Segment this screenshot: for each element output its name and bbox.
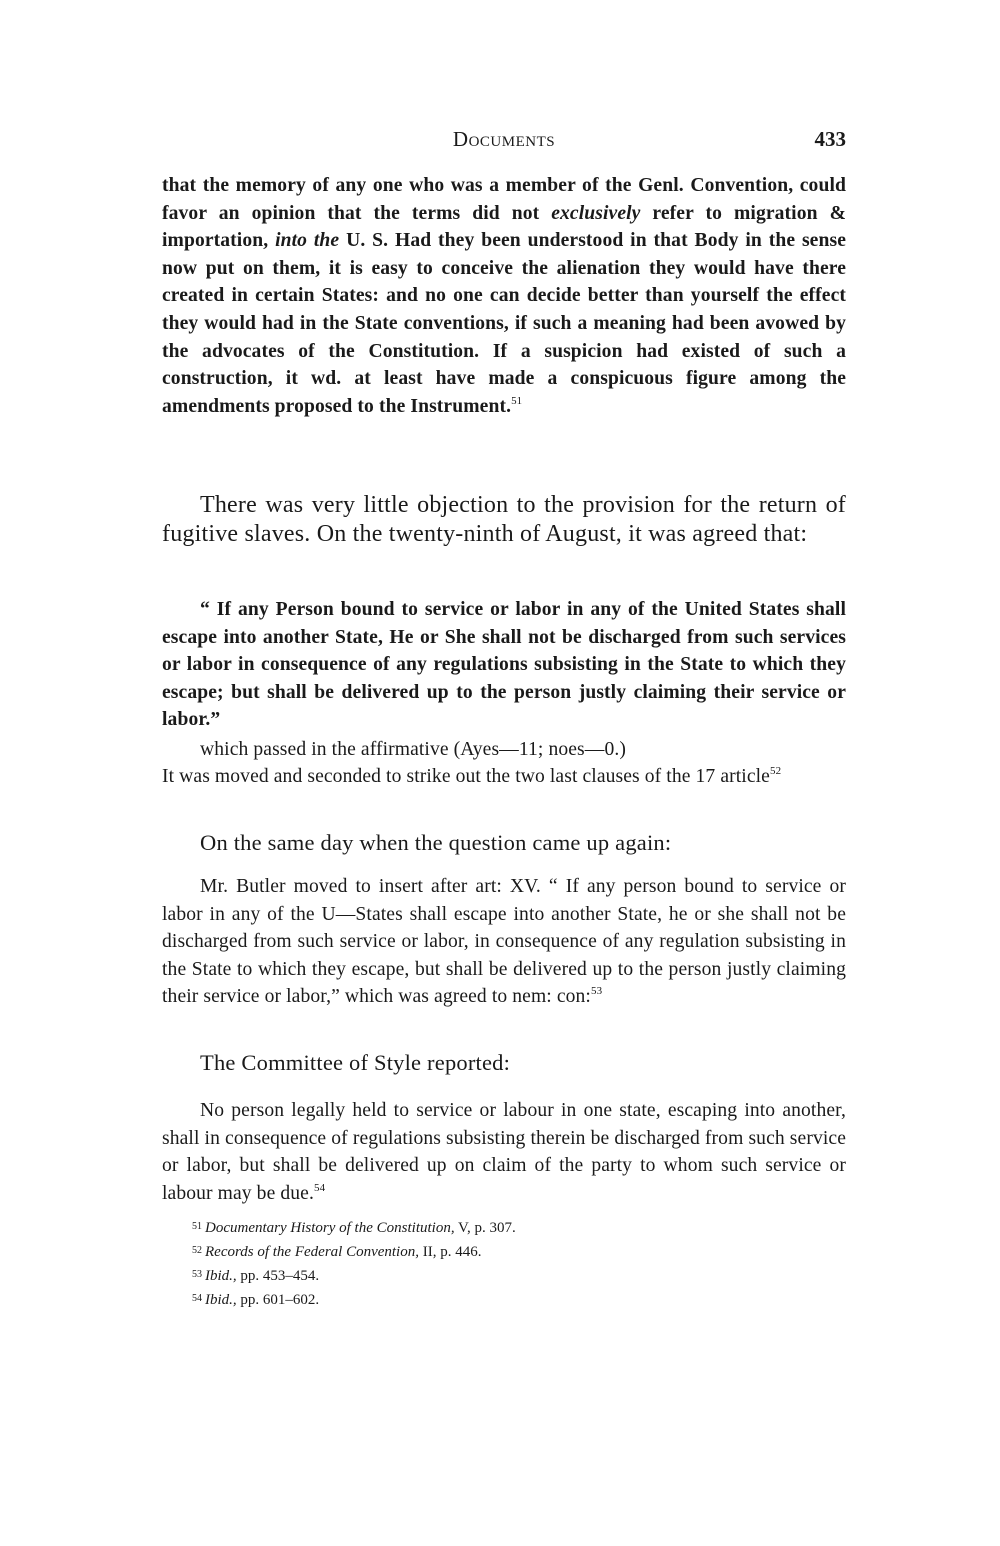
running-title: Documents bbox=[162, 127, 846, 152]
footnote-source-title: Ibid., bbox=[205, 1268, 237, 1284]
footnote-source-title: Documentary History of the Constitution, bbox=[205, 1220, 455, 1236]
footnote-51: 51Documentary History of the Constitutio… bbox=[192, 1216, 792, 1240]
body-paragraph-committee-of-style: The Committee of Style reported: bbox=[162, 1049, 846, 1078]
footnote-number: 54 bbox=[192, 1293, 202, 1304]
quoted-letter-paragraph: that the memory of any one who was a mem… bbox=[162, 172, 846, 420]
motion-text: It was moved and seconded to strike out … bbox=[162, 763, 846, 791]
footnote-source-title: Ibid., bbox=[205, 1292, 237, 1308]
quote-text: No person legally held to service or lab… bbox=[162, 1100, 846, 1204]
footnote-citation: V, p. 307. bbox=[455, 1220, 516, 1236]
vote-result: which passed in the affirmative (Ayes—11… bbox=[162, 736, 846, 764]
footnote-53: 53Ibid., pp. 453–454. bbox=[192, 1264, 792, 1288]
footnote-number: 51 bbox=[192, 1221, 202, 1232]
footnote-ref-52[interactable]: 52 bbox=[770, 765, 781, 777]
footnote-number: 53 bbox=[192, 1269, 202, 1280]
footnote-52: 52Records of the Federal Convention, II,… bbox=[192, 1240, 792, 1264]
page-number: 433 bbox=[815, 127, 847, 152]
quote-text: Mr. Butler moved to insert after art: XV… bbox=[162, 876, 846, 1007]
quoted-resolution: “ If any Person bound to service or labo… bbox=[162, 596, 846, 734]
footnote-number: 52 bbox=[192, 1245, 202, 1256]
footnote-ref-54[interactable]: 54 bbox=[314, 1182, 325, 1194]
body-paragraph-fugitive-slaves: There was very little objection to the p… bbox=[162, 491, 846, 548]
footnote-ref-51[interactable]: 51 bbox=[511, 395, 522, 407]
footnote-citation: pp. 453–454. bbox=[237, 1268, 320, 1284]
body-paragraph-same-day: On the same day when the question came u… bbox=[162, 829, 846, 858]
italic-emphasis: exclusively bbox=[551, 203, 640, 224]
quoted-butler-motion: Mr. Butler moved to insert after art: XV… bbox=[162, 873, 846, 1011]
quoted-committee-report: No person legally held to service or lab… bbox=[162, 1097, 846, 1207]
quote-text: U. S. Had they been understood in that B… bbox=[162, 230, 846, 417]
running-head: Documents 433 bbox=[162, 127, 846, 157]
motion-sentence: It was moved and seconded to strike out … bbox=[162, 766, 770, 787]
footnote-54: 54Ibid., pp. 601–602. bbox=[192, 1288, 792, 1312]
footnote-ref-53[interactable]: 53 bbox=[591, 985, 602, 997]
italic-emphasis: into the bbox=[275, 230, 339, 251]
footnote-source-title: Records of the Federal Convention, bbox=[205, 1244, 419, 1260]
footnote-citation: pp. 601–602. bbox=[237, 1292, 320, 1308]
footnote-citation: II, p. 446. bbox=[419, 1244, 482, 1260]
